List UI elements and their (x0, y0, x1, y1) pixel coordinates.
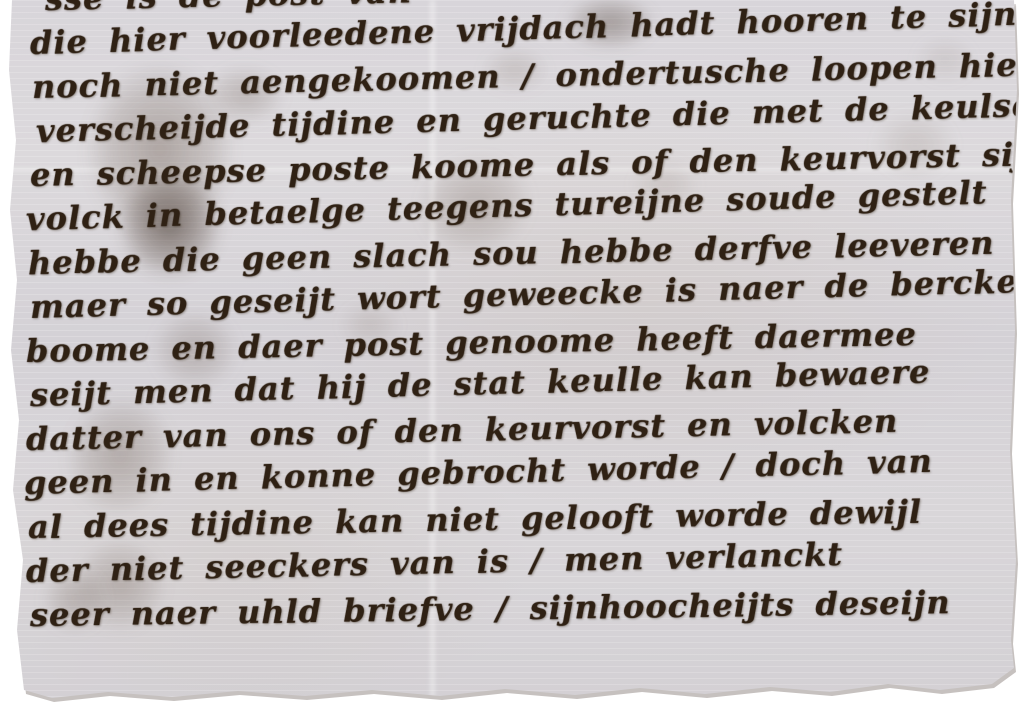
scanned-letter: sse is de post van die hier voorleedene … (0, 0, 1024, 707)
letter-paper: sse is de post van die hier voorleedene … (0, 0, 1024, 707)
